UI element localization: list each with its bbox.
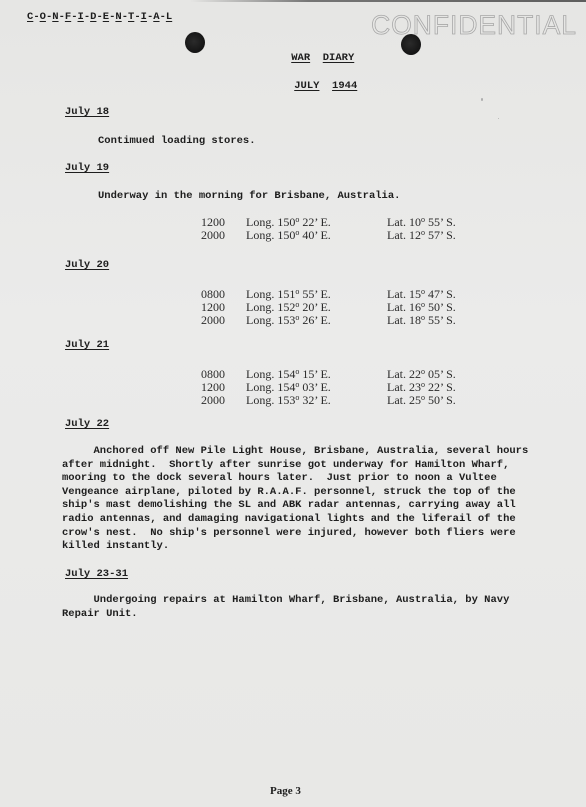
subtitle-month: JULY xyxy=(294,80,319,92)
confidential-stamp: CONFIDENTIAL xyxy=(371,10,577,41)
entry-text: Contimued loading stores. xyxy=(98,135,256,147)
position-longitude: Long. 150o 40’ E. xyxy=(246,228,331,243)
position-longitude: Long. 153o 26’ E. xyxy=(246,313,331,328)
entry-date: July 21 xyxy=(65,339,109,351)
entry-date: July 20 xyxy=(65,259,109,271)
entry-date: July 23-31 xyxy=(65,568,128,580)
paragraph-line: after midnight. Shortly after sunrise go… xyxy=(62,459,509,471)
entry-date: July 22 xyxy=(65,418,109,430)
paragraph-line: Repair Unit. xyxy=(62,608,138,620)
paragraph-line: Anchored off New Pile Light House, Brisb… xyxy=(62,445,528,457)
paper-speck xyxy=(498,118,499,119)
punch-hole-left xyxy=(185,32,205,53)
subtitle-year: 1944 xyxy=(332,80,357,92)
paragraph-line: killed instantly. xyxy=(62,540,169,552)
paragraph-line: crow's nest. No ship's personnel were in… xyxy=(62,527,516,539)
title-diary: DIARY xyxy=(323,52,355,64)
paragraph-line: mooring to the dock several hours later.… xyxy=(62,472,497,484)
entry-text: Underway in the morning for Brisbane, Au… xyxy=(98,190,400,202)
page-number: Page 3 xyxy=(270,785,301,797)
document-page: C-O-N-F-I-D-E-N-T-I-A-L CONFIDENTIAL WAR… xyxy=(0,0,586,807)
classification-header: C-O-N-F-I-D-E-N-T-I-A-L xyxy=(27,11,172,23)
document-subtitle: JULY 1944 xyxy=(269,68,357,104)
position-time: 2000 xyxy=(201,313,225,328)
paragraph-line: Undergoing repairs at Hamilton Wharf, Br… xyxy=(62,594,509,606)
entry-date: July 18 xyxy=(65,106,109,118)
title-war: WAR xyxy=(291,52,310,64)
position-latitude: Lat. 25o 50’ S. xyxy=(387,393,456,408)
paragraph-line: ship's mast demolishing the SL and ABK r… xyxy=(62,499,516,511)
punch-hole-right xyxy=(401,34,421,55)
entry-date: July 19 xyxy=(65,162,109,174)
position-time: 2000 xyxy=(201,228,225,243)
paper-speck xyxy=(481,98,483,101)
position-latitude: Lat. 12o 57’ S. xyxy=(387,228,456,243)
position-longitude: Long. 153o 32’ E. xyxy=(246,393,331,408)
classification-letter: L xyxy=(166,11,172,23)
paragraph-line: radio antennas, and damaging navigationa… xyxy=(62,513,516,525)
paragraph-line: Vengeance airplane, piloted by R.A.A.F. … xyxy=(62,486,516,498)
page-edge-shadow xyxy=(190,0,586,2)
position-time: 2000 xyxy=(201,393,225,408)
position-latitude: Lat. 18o 55’ S. xyxy=(387,313,456,328)
